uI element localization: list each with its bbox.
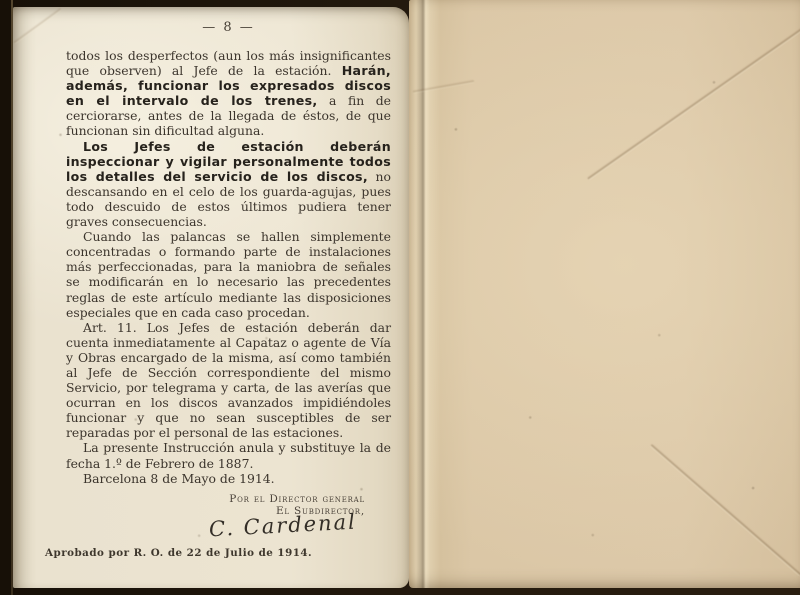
body-text: no descansando en el celo de los guarda-… — [66, 169, 391, 229]
bold-text: Los Jefes de estación deberán inspeccion… — [66, 139, 391, 184]
paragraph: La presente Instrucción anula y substitu… — [66, 440, 391, 470]
body-text: Cuando las palancas se hallen simplement… — [66, 229, 391, 319]
left-page: — 8 — todos los desperfectos (aun los má… — [13, 7, 409, 588]
paper-speckles-left — [13, 7, 409, 588]
page-number: — 8 — — [66, 20, 391, 35]
attribution-subrole-line: El Subdirector, — [66, 505, 365, 518]
approval-note: Aprobado por R. O. de 22 de Julio de 191… — [45, 546, 391, 561]
signature-handwritten: C. Cardenal — [66, 514, 365, 545]
paragraph: todos los desperfectos (aun los más insi… — [66, 48, 391, 139]
bold-text: Harán, además, funcionar los expresados … — [66, 63, 391, 108]
paper-speckles-right — [409, 0, 800, 588]
body-text: a fin de cerciorarse, antes de la llegad… — [66, 93, 391, 138]
page-text-block: todos los desperfectos (aun los más insi… — [66, 48, 391, 561]
body-text: La presente Instrucción anula y substitu… — [66, 440, 391, 470]
paragraph: Los Jefes de estación deberán inspeccion… — [66, 139, 391, 230]
body-text: Art. 11. Los Jefes de estación deberán d… — [66, 320, 391, 441]
paragraph: Cuando las palancas se hallen simplement… — [66, 229, 391, 320]
body-text: Barcelona 8 de Mayo de 1914. — [83, 471, 275, 486]
body-text: todos los desperfectos (aun los más insi… — [66, 48, 391, 78]
cover-edge-highlight — [11, 0, 13, 595]
paragraph-dateline: Barcelona 8 de Mayo de 1914. — [66, 471, 391, 486]
gutter-fold-shadow — [416, 0, 430, 588]
attribution-block: Por el Director general El Subdirector, … — [66, 493, 391, 537]
crease-small-near-gutter — [413, 79, 475, 94]
paragraph-art-11: Art. 11. Los Jefes de estación deberán d… — [66, 320, 391, 441]
crease-diagonal-top-right — [587, 27, 800, 181]
crease-diagonal-bottom-right — [650, 443, 800, 576]
attribution-role-line: Por el Director general — [66, 493, 365, 506]
scanned-book-spread: { "document": { "kind": "Scanned booklet… — [0, 0, 800, 595]
crease-top-left-corner — [13, 7, 62, 44]
right-page-blank — [409, 0, 800, 588]
